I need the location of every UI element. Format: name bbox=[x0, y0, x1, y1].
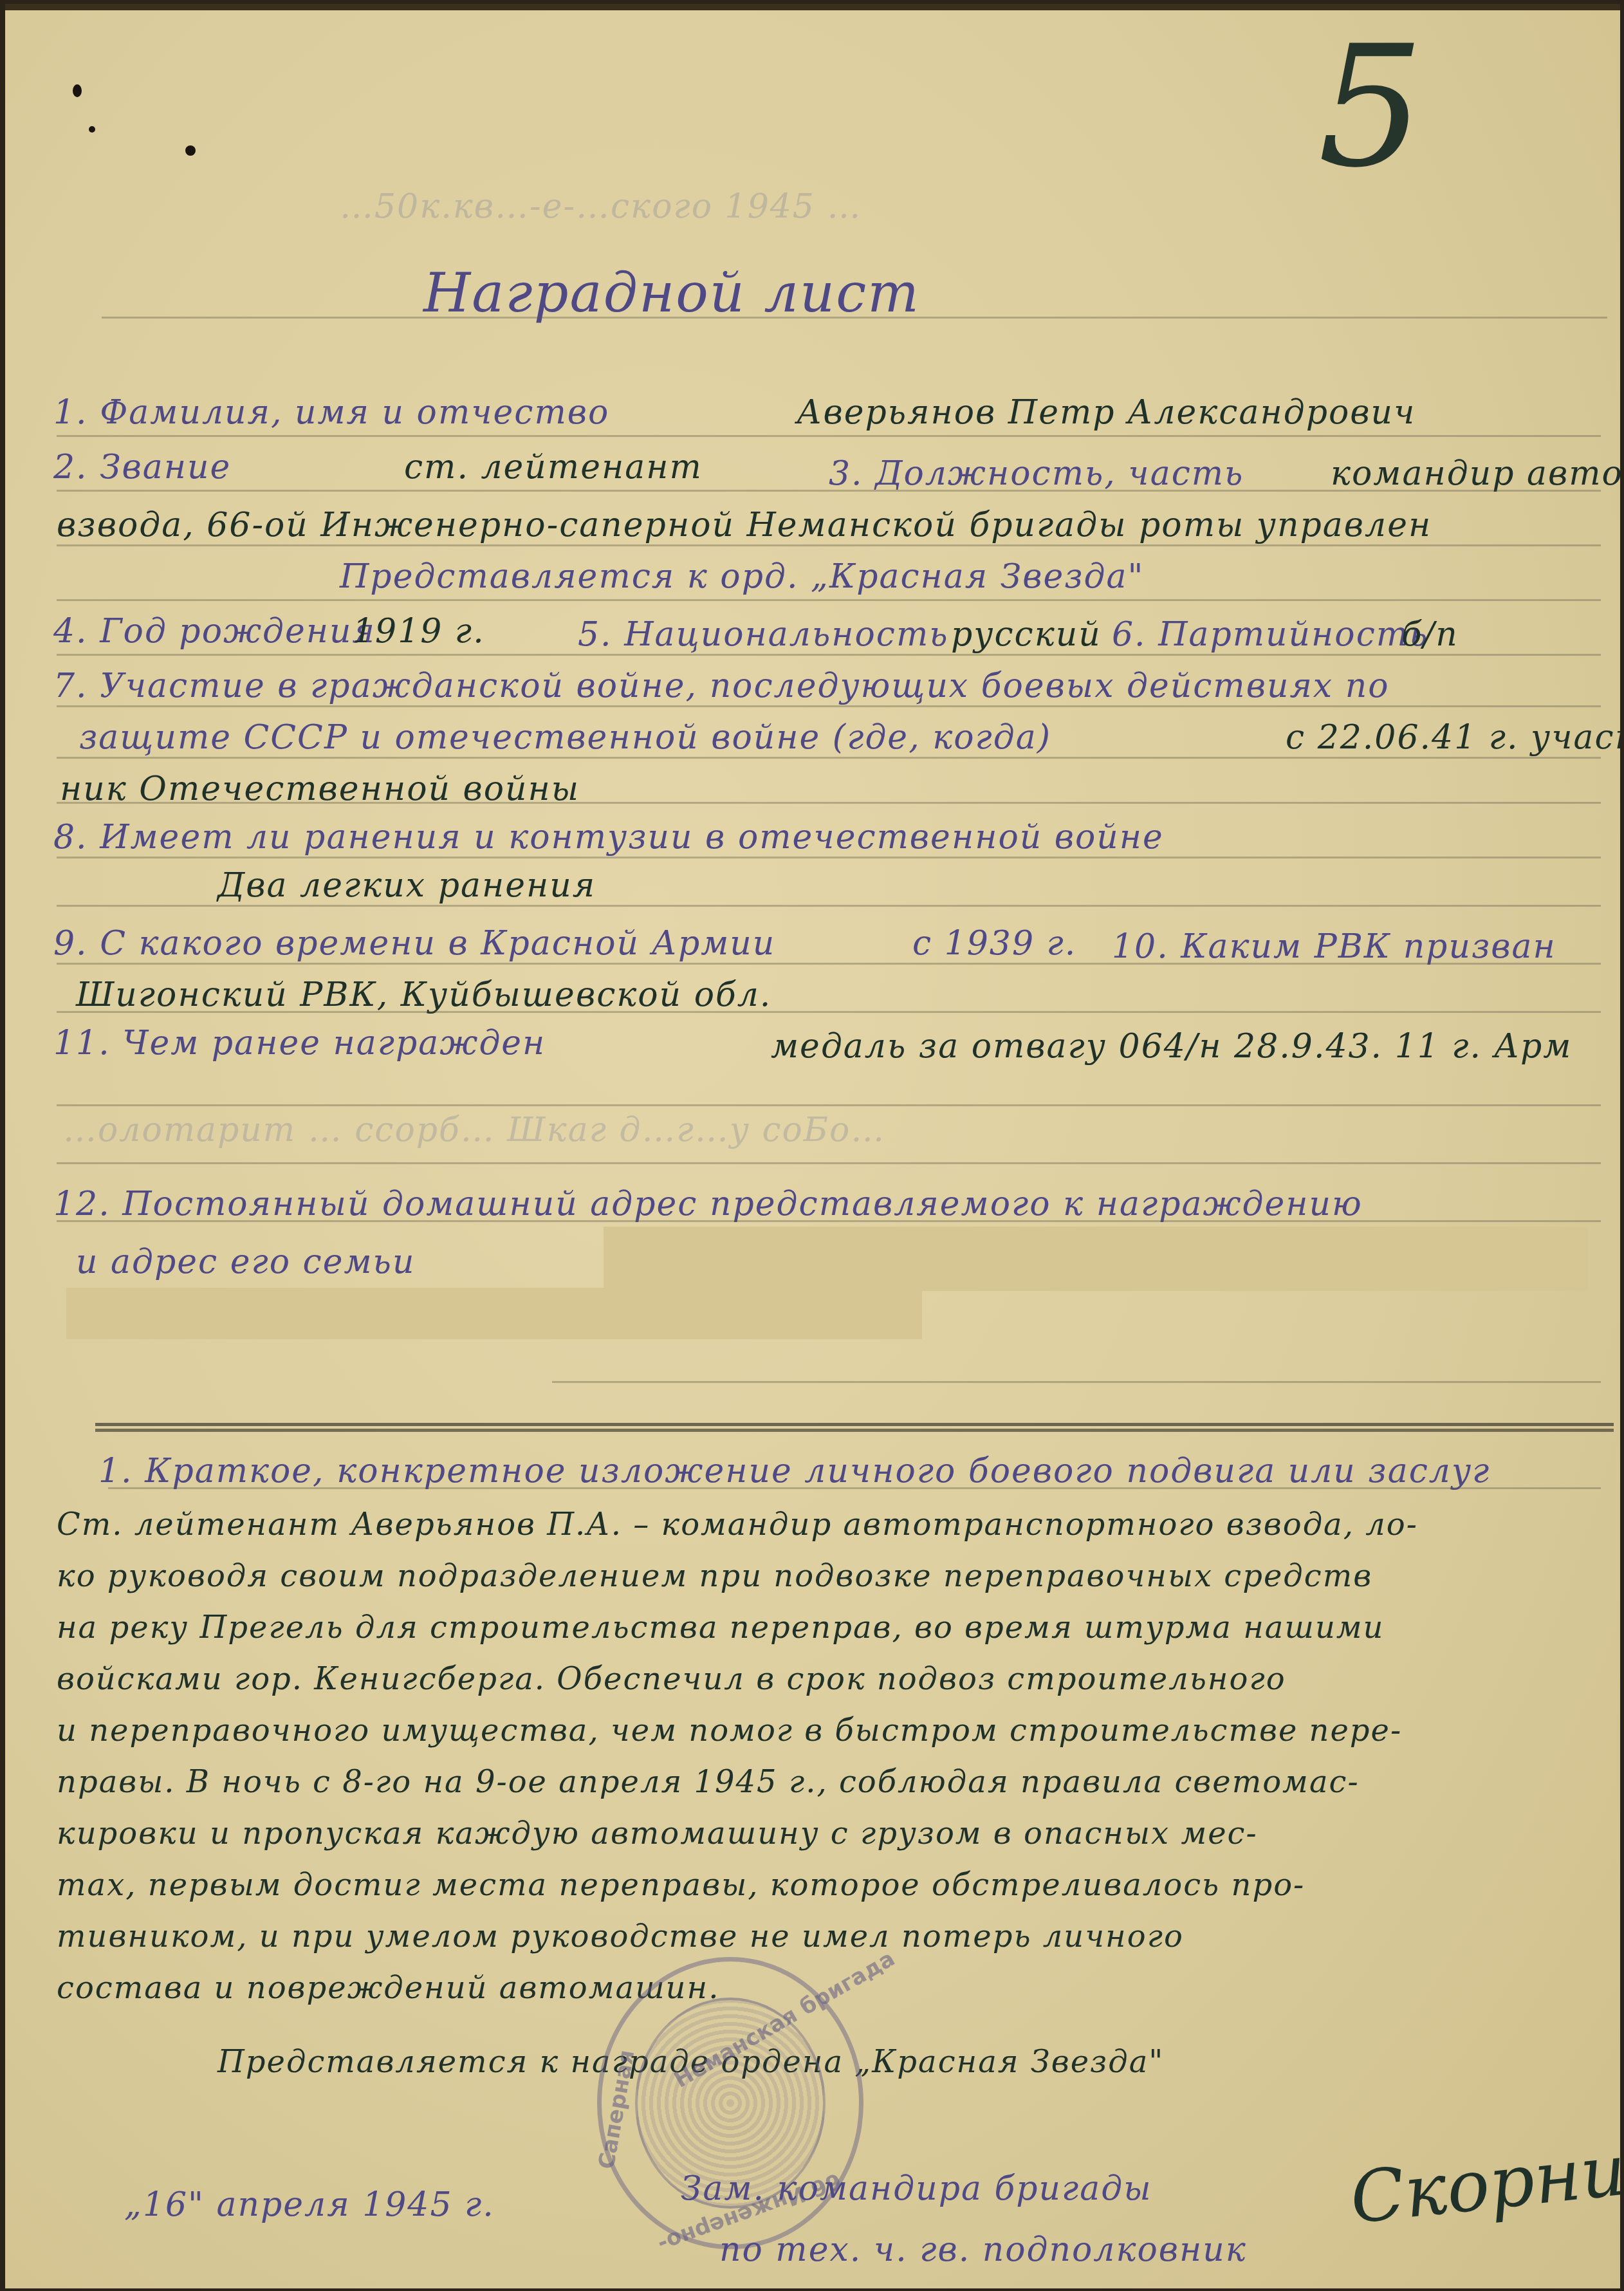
redacted-address-block bbox=[604, 1227, 1588, 1291]
field-4-value: 1919 г. bbox=[353, 612, 485, 651]
feat-line: кировки и пропуская каждую автомашину с … bbox=[57, 1815, 1258, 1851]
field-7-label-line2: защите СССР и отечественной войне (где, … bbox=[79, 718, 1051, 757]
field-3-label: 3. Должность, часть bbox=[829, 454, 1244, 493]
rule-line bbox=[57, 905, 1601, 907]
rule-line bbox=[57, 757, 1601, 759]
rule-line bbox=[57, 1220, 1601, 1222]
rule-line bbox=[57, 802, 1601, 804]
field-1-label: 1. Фамилия, имя и отчество bbox=[53, 393, 609, 432]
field-12-label-line1: 12. Постоянный домашний адрес представля… bbox=[53, 1185, 1363, 1223]
redacted-address-block bbox=[66, 1288, 922, 1339]
field-11-label: 11. Чем ранее награжден bbox=[53, 1024, 546, 1062]
nomination-order: Представляется к орд. „Красная Звезда" bbox=[340, 557, 1144, 596]
field-1-value: Аверьянов Петр Александрович bbox=[797, 393, 1416, 432]
field-12-label-line2: и адрес его семьи bbox=[76, 1243, 415, 1281]
paper-hole bbox=[73, 84, 82, 97]
field-7-label-line1: 7. Участие в гражданской войне, последую… bbox=[53, 667, 1390, 705]
rule-line bbox=[102, 317, 1607, 319]
feat-line: Ст. лейтенант Аверьянов П.А. – командир … bbox=[57, 1507, 1418, 1543]
feat-line: и переправочного имущества, чем помог в … bbox=[57, 1712, 1402, 1748]
field-6-label: 6. Партийность bbox=[1112, 615, 1428, 654]
field-9-label: 9. С какого времени в Красной Армии bbox=[53, 924, 775, 963]
rule-line bbox=[57, 599, 1601, 601]
field-9-value: с 1939 г. bbox=[912, 924, 1076, 963]
field-2-label: 2. Звание bbox=[53, 448, 231, 487]
section-divider bbox=[95, 1423, 1614, 1426]
feat-description-heading: 1. Краткое, конкретное изложение личного… bbox=[98, 1452, 1490, 1490]
paper-hole bbox=[89, 126, 95, 133]
document-date: „16" апреля 1945 г. bbox=[124, 2185, 495, 2224]
rule-line bbox=[108, 1487, 1601, 1489]
field-5-label: 5. Национальность bbox=[578, 615, 949, 654]
field-8-value: Два легких ранения bbox=[217, 866, 596, 905]
field-7-value-line2: с 22.06.41 г. участ- bbox=[1286, 718, 1620, 757]
feat-line: правы. В ночь с 8-го на 9-ое апреля 1945… bbox=[57, 1764, 1360, 1800]
signer-title-line1: Зам. командира бригады bbox=[681, 2169, 1152, 2208]
award-sheet-page: 5 …50к.кв…-е-…ского 1945 … Наградной лис… bbox=[5, 4, 1620, 2288]
faded-header-text: …50к.кв…-е-…ского 1945 … bbox=[340, 187, 862, 226]
page-number: 5 bbox=[1318, 10, 1425, 205]
field-4-label: 4. Год рождения bbox=[53, 612, 376, 651]
feat-line: состава и повреждений автомашин. bbox=[57, 1970, 719, 2006]
field-5-value: русский bbox=[951, 615, 1102, 654]
document-title: Наградной лист bbox=[423, 261, 920, 324]
field-10-value: Шигонский РВК, Куйбышевской обл. bbox=[76, 976, 771, 1014]
field-6-value: б/п bbox=[1401, 615, 1459, 654]
field-2-value: ст. лейтенант bbox=[404, 448, 703, 487]
rule-line bbox=[57, 490, 1601, 492]
feat-line: тивником, и при умелом руководстве не им… bbox=[57, 1918, 1184, 1954]
feat-line: на реку Прегель для строительства перепр… bbox=[57, 1609, 1385, 1646]
feat-line: тах, первым достиг места переправы, кото… bbox=[57, 1867, 1305, 1903]
rule-line bbox=[57, 1011, 1601, 1013]
rule-line bbox=[552, 1381, 1601, 1383]
commander-signature: Скорнин bbox=[1347, 2124, 1620, 2240]
signer-title-line2: по тех. ч. гв. подполковник bbox=[719, 2231, 1247, 2269]
field-3-continuation: взвода, 66-ой Инженерно-саперной Неманск… bbox=[57, 506, 1432, 544]
rule-line bbox=[57, 435, 1601, 437]
feat-line: ко руководя своим подразделением при под… bbox=[57, 1558, 1372, 1594]
field-3-value: командир авто- bbox=[1331, 454, 1620, 493]
rule-line bbox=[57, 1162, 1601, 1164]
feat-line: войсками гор. Кенигсберга. Обеспечил в с… bbox=[57, 1661, 1286, 1697]
rule-line bbox=[57, 1104, 1601, 1106]
field-10-label: 10. Каким РВК призван bbox=[1112, 927, 1556, 966]
paper-hole bbox=[185, 145, 196, 156]
faded-reverse-text: …олотарит … ссорб… Шкаг д…г…у соБо… bbox=[63, 1111, 885, 1149]
rule-line bbox=[57, 654, 1601, 656]
field-11-value: медаль за отвагу 064/н 28.9.43. 11 г. Ар… bbox=[771, 1027, 1572, 1066]
field-8-label: 8. Имеет ли ранения и контузии в отечест… bbox=[53, 818, 1164, 857]
rule-line bbox=[57, 963, 1601, 965]
rule-line bbox=[57, 705, 1601, 707]
rule-line bbox=[57, 544, 1601, 546]
rule-line bbox=[57, 857, 1601, 858]
